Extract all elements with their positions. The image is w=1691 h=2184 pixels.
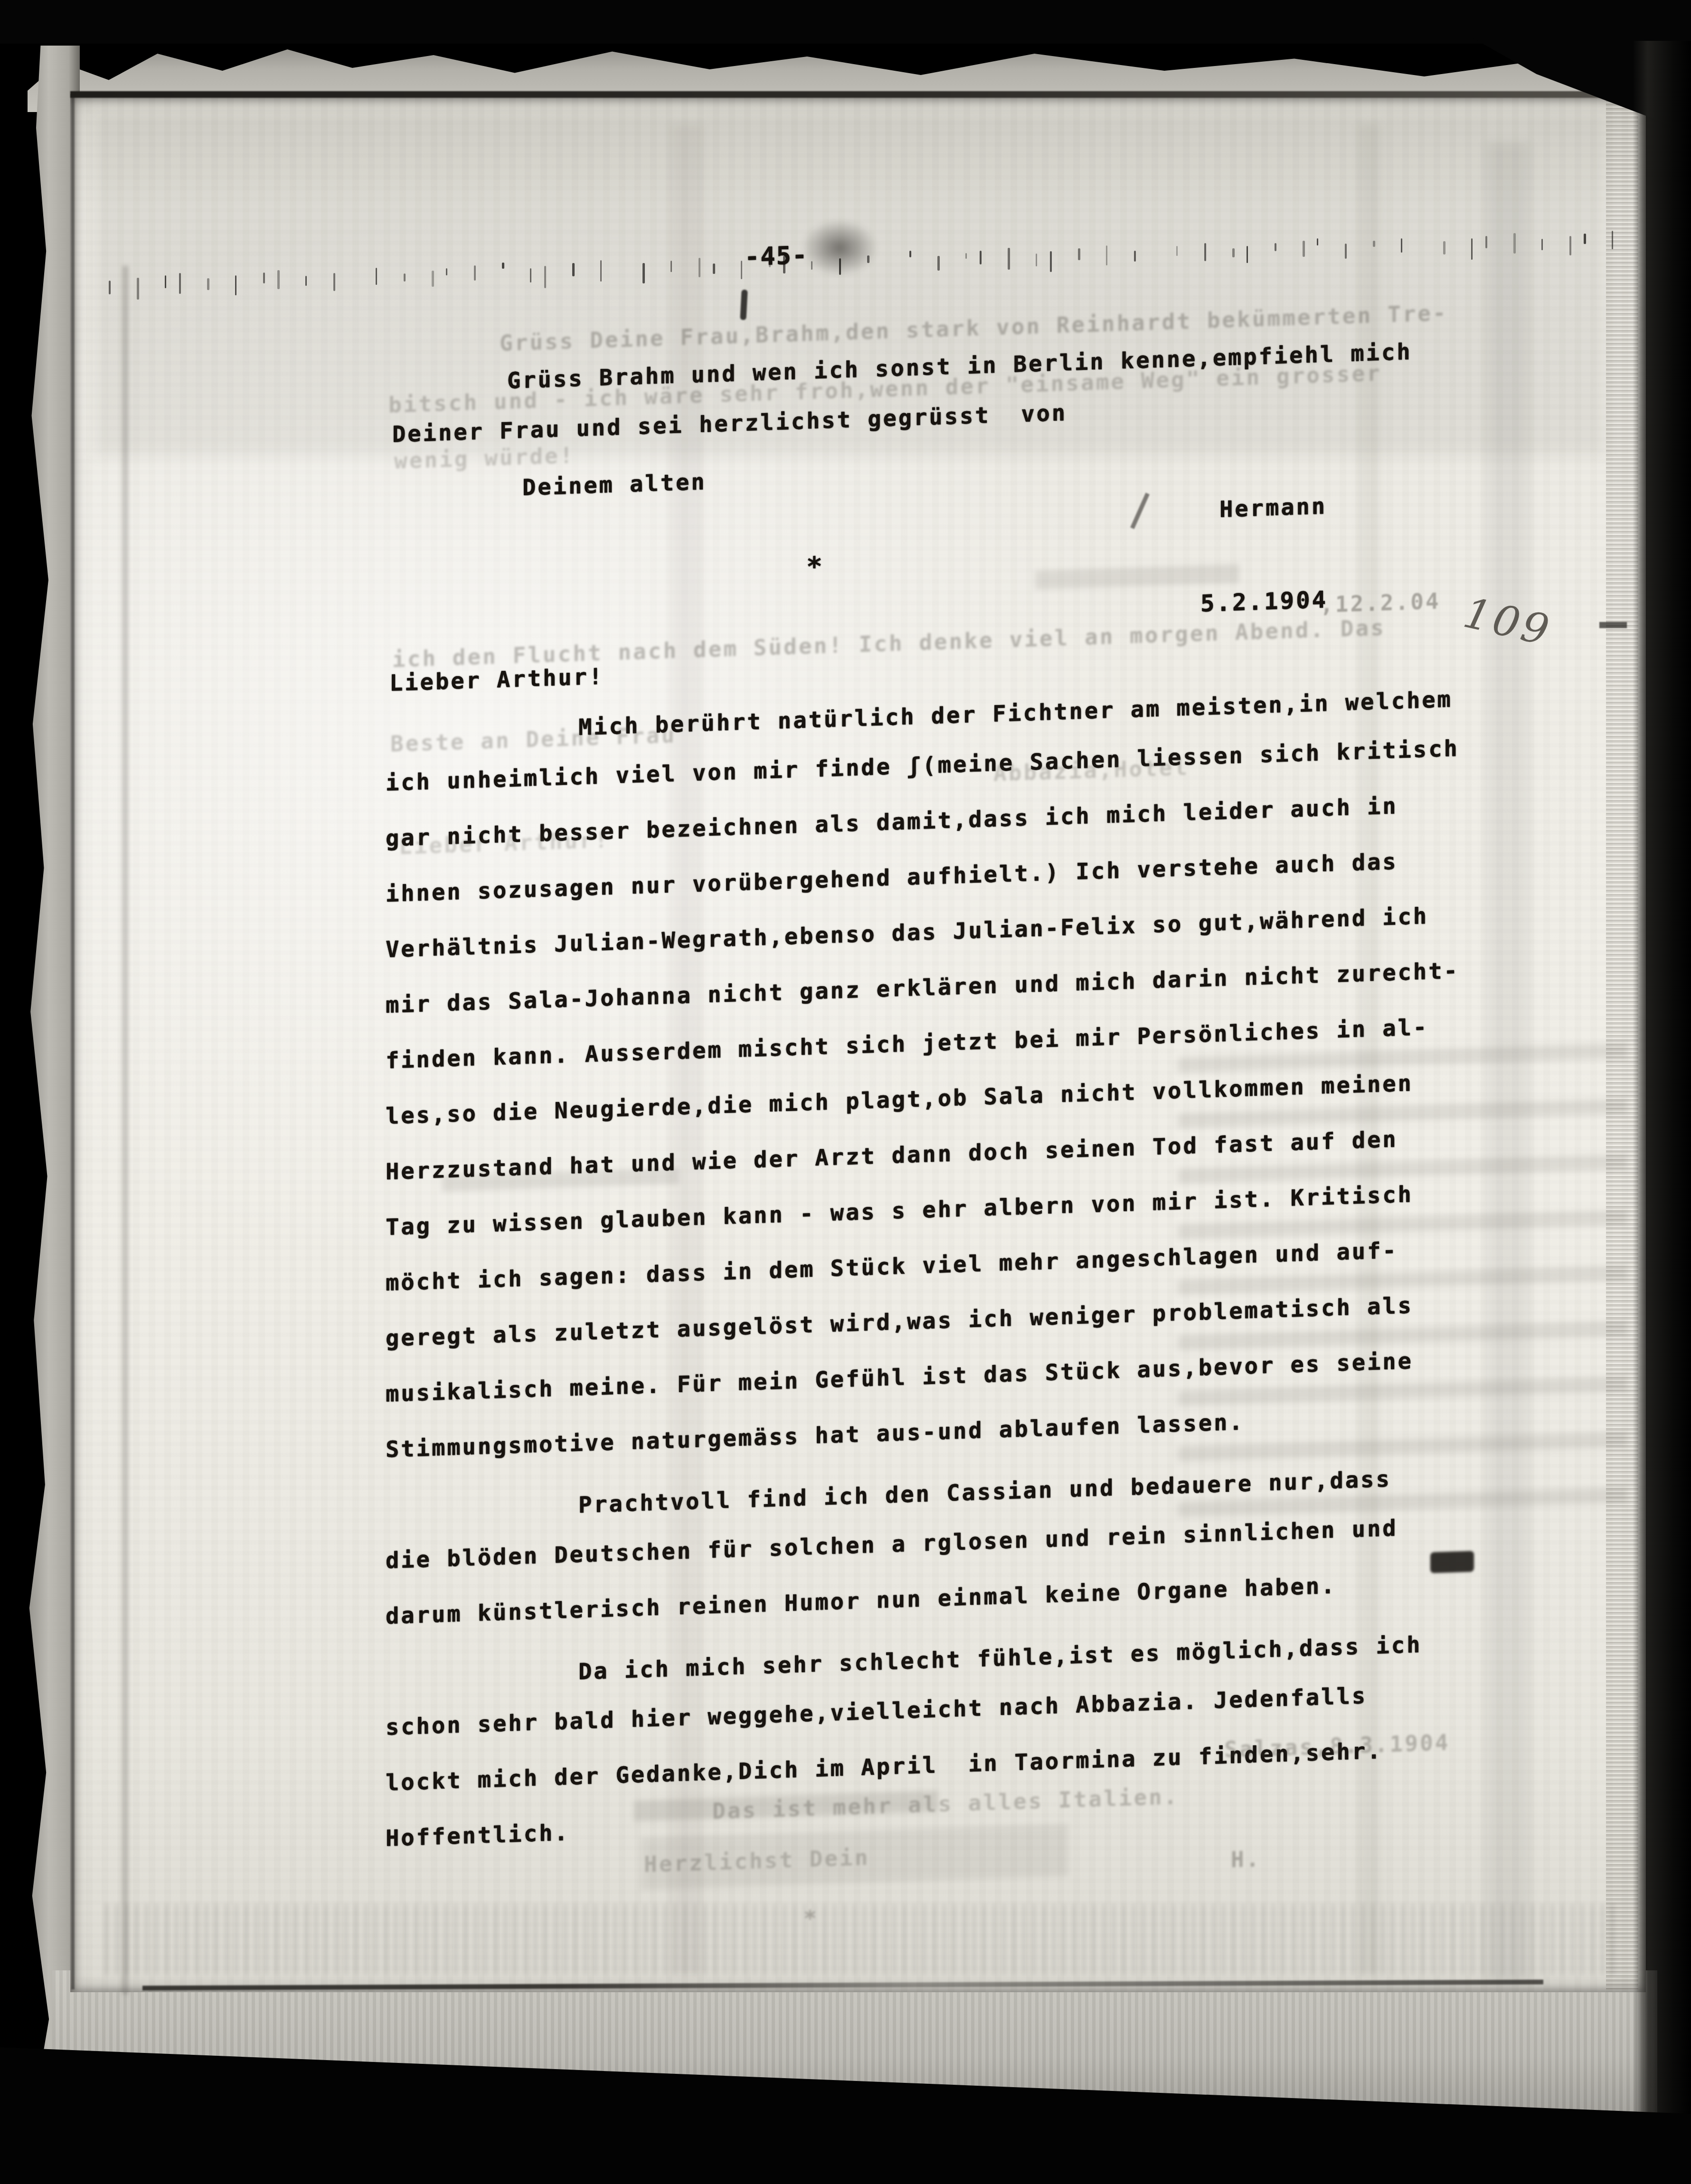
tick-mark — [671, 261, 672, 272]
tick-mark — [1176, 246, 1178, 256]
tick-mark — [404, 273, 406, 282]
tick-mark — [1541, 239, 1543, 250]
tick-mark — [109, 281, 111, 294]
tick-mark — [263, 273, 265, 283]
tick-mark — [965, 253, 967, 259]
tick-mark — [1401, 238, 1402, 253]
tick-mark — [474, 265, 476, 281]
tick-mark — [1443, 241, 1445, 254]
tick-mark — [305, 276, 307, 286]
separator-asterisk: * — [806, 551, 824, 583]
tick-mark — [1275, 243, 1276, 251]
tick-mark — [1232, 248, 1235, 257]
signature-name: Hermann — [1219, 493, 1327, 523]
tick-mark — [1008, 248, 1010, 270]
bleed-through-text: ,12.2.04 — [1320, 588, 1441, 618]
bleed-through-text: H. — [1231, 1846, 1261, 1873]
tick-mark — [1050, 251, 1052, 272]
tick-mark — [1303, 241, 1305, 257]
tick-mark — [544, 266, 546, 288]
tick-mark — [1513, 233, 1516, 254]
tick-mark — [1345, 244, 1347, 259]
tick-mark — [1373, 241, 1375, 247]
tick-mark — [1317, 238, 1318, 245]
tick-mark — [572, 263, 575, 276]
tick-mark — [811, 261, 812, 270]
tick-mark — [909, 251, 911, 257]
tick-mark — [1036, 254, 1037, 266]
tick-mark — [1078, 248, 1080, 260]
tick-mark — [502, 263, 504, 269]
tick-mark — [741, 261, 742, 279]
tick-mark — [1204, 243, 1206, 261]
bleed-through-text: * — [803, 1905, 819, 1931]
tick-mark — [1134, 251, 1136, 262]
tick-mark — [699, 258, 700, 277]
letter-date: 5.2.1904 — [1200, 586, 1328, 617]
scan-black-border-top — [0, 0, 1691, 44]
tick-mark — [1471, 238, 1473, 260]
tick-mark — [277, 270, 280, 289]
tick-mark — [137, 278, 139, 300]
tick-mark — [235, 275, 236, 295]
scan-black-border-right — [1633, 41, 1691, 2130]
scanned-letter-page: -45- Grüss Brahm und wen ich sonst in Be… — [0, 0, 1691, 2184]
tick-mark — [179, 273, 181, 294]
tick-mark — [432, 271, 434, 287]
tick-mark — [867, 255, 869, 263]
page-number: -45- — [745, 241, 808, 272]
tick-mark — [1569, 236, 1571, 255]
tick-mark — [333, 273, 335, 291]
tick-mark — [600, 260, 602, 282]
tick-mark — [839, 258, 841, 275]
tick-mark — [207, 278, 209, 290]
tick-mark — [1612, 231, 1613, 249]
tick-mark — [376, 268, 377, 285]
tick-mark — [1485, 236, 1487, 248]
tick-mark — [1247, 246, 1248, 263]
tick-mark — [980, 251, 982, 264]
tick-mark — [446, 268, 447, 275]
tick-mark — [713, 264, 715, 274]
tick-mark — [937, 256, 940, 271]
tick-mark — [642, 263, 645, 283]
tick-mark — [165, 275, 166, 288]
tick-mark — [530, 268, 531, 282]
tick-mark — [1584, 234, 1586, 244]
tick-mark — [1106, 245, 1107, 265]
